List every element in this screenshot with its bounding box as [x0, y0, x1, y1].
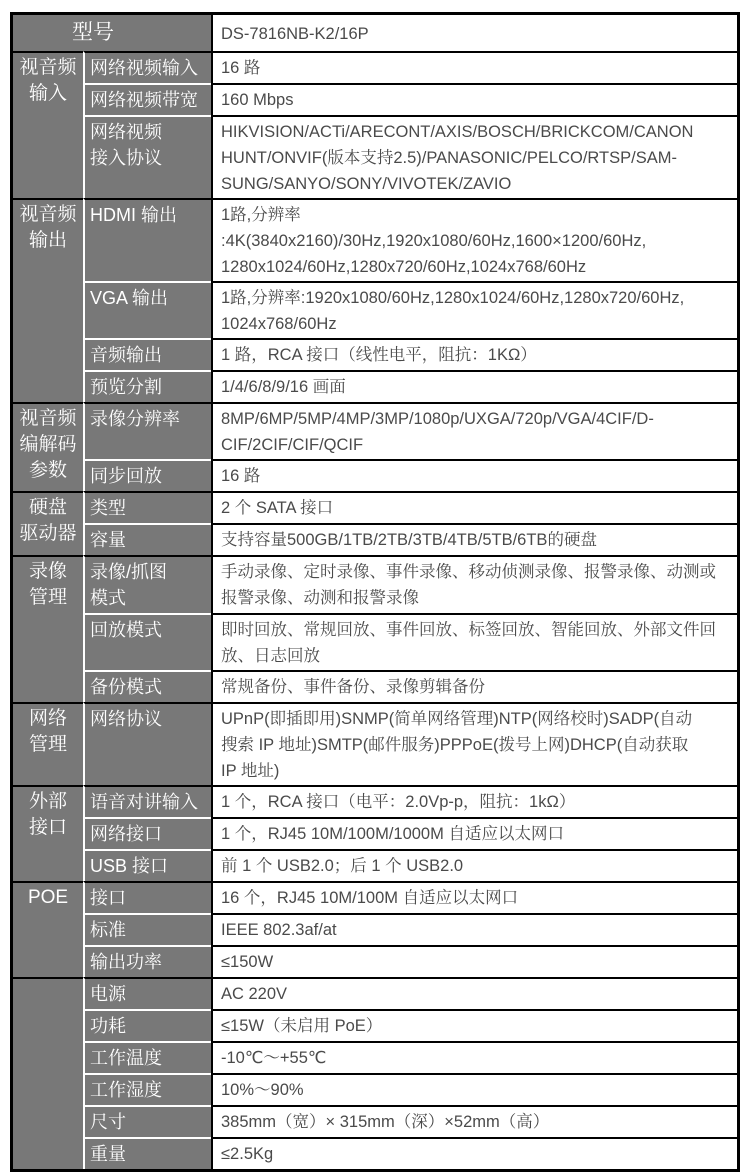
param-cell: 标准	[83, 913, 211, 945]
param-cell: 重量	[83, 1137, 211, 1169]
value-cell: ≤150W	[211, 945, 737, 977]
table-row: 网络视频 接入协议 HIKVISION/ACTi/ARECONT/AXIS/BO…	[13, 115, 737, 198]
param-cell: 类型	[83, 491, 211, 523]
table-row: 网络视频带宽 160 Mbps	[13, 83, 737, 115]
value-cell: -10℃～+55℃	[211, 1041, 737, 1073]
value-cell: 1/4/6/8/9/16 画面	[211, 370, 737, 402]
table-row: 外部 接口 语音对讲输入 1 个，RCA 接口（电平：2.0Vp-p，阻抗：1k…	[13, 785, 737, 817]
table-row: 视音频 输入 网络视频输入 16 路	[13, 51, 737, 83]
value-cell: 1 路，RCA 接口（线性电平，阻抗：1KΩ）	[211, 338, 737, 370]
table-row: 同步回放 16 路	[13, 459, 737, 491]
param-cell: 网络协议	[83, 702, 211, 785]
param-cell: USB 接口	[83, 849, 211, 881]
param-cell: 网络视频带宽	[83, 83, 211, 115]
param-cell: VGA 输出	[83, 281, 211, 338]
group-cell: 视音频 输入	[13, 51, 83, 198]
group-cell: 录像 管理	[13, 555, 83, 702]
table-row: 标准 IEEE 802.3af/at	[13, 913, 737, 945]
group-cell: 视音频 输出	[13, 198, 83, 402]
value-cell: 1路,分辨率 :4K(3840x2160)/30Hz,1920x1080/60H…	[211, 198, 737, 281]
table-row: 视音频 输出 HDMI 输出 1路,分辨率 :4K(3840x2160)/30H…	[13, 198, 737, 281]
param-cell: 输出功率	[83, 945, 211, 977]
table-row: 预览分割 1/4/6/8/9/16 画面	[13, 370, 737, 402]
param-cell: 工作湿度	[83, 1073, 211, 1105]
param-cell: 回放模式	[83, 613, 211, 670]
param-cell: 功耗	[83, 1009, 211, 1041]
param-cell: 接口	[83, 881, 211, 913]
table-row: 尺寸 385mm（宽）× 315mm（深）×52mm（高）	[13, 1105, 737, 1137]
value-cell: 385mm（宽）× 315mm（深）×52mm（高）	[211, 1105, 737, 1137]
value-cell: HIKVISION/ACTi/ARECONT/AXIS/BOSCH/BRICKC…	[211, 115, 737, 198]
table-row: USB 接口 前 1 个 USB2.0；后 1 个 USB2.0	[13, 849, 737, 881]
value-cell: ≤2.5Kg	[211, 1137, 737, 1169]
value-cell: ≤15W（未启用 PoE）	[211, 1009, 737, 1041]
spec-table: 型号 DS-7816NB-K2/16P 视音频 输入 网络视频输入 16 路 网…	[10, 12, 740, 1172]
group-cell: 外部 接口	[13, 785, 83, 881]
param-cell: 音频输出	[83, 338, 211, 370]
table-row: 网络接口 1 个，RJ45 10M/100M/1000M 自适应以太网口	[13, 817, 737, 849]
param-cell: 网络接口	[83, 817, 211, 849]
value-cell: 即时回放、常规回放、事件回放、标签回放、智能回放、外部文件回 放、日志回放	[211, 613, 737, 670]
param-cell: 同步回放	[83, 459, 211, 491]
value-cell: 10%～90%	[211, 1073, 737, 1105]
group-cell: 视音频 编解码 参数	[13, 402, 83, 491]
table-row: 回放模式 即时回放、常规回放、事件回放、标签回放、智能回放、外部文件回 放、日志…	[13, 613, 737, 670]
table-row: 硬盘 驱动器 类型 2 个 SATA 接口	[13, 491, 737, 523]
group-cell: 硬盘 驱动器	[13, 491, 83, 555]
param-cell: 网络视频输入	[83, 51, 211, 83]
table-row: 重量 ≤2.5Kg	[13, 1137, 737, 1169]
group-cell: 网络 管理	[13, 702, 83, 785]
value-cell: 1路,分辨率:1920x1080/60Hz,1280x1024/60Hz,128…	[211, 281, 737, 338]
param-cell: 电源	[83, 977, 211, 1009]
table-row: 视音频 编解码 参数 录像分辨率 8MP/6MP/5MP/4MP/3MP/108…	[13, 402, 737, 459]
value-cell: 16 路	[211, 51, 737, 83]
table-row: 备份模式 常规备份、事件备份、录像剪辑备份	[13, 670, 737, 702]
param-cell: 工作温度	[83, 1041, 211, 1073]
table-row: 功耗 ≤15W（未启用 PoE）	[13, 1009, 737, 1041]
param-cell: 备份模式	[83, 670, 211, 702]
value-cell: IEEE 802.3af/at	[211, 913, 737, 945]
table-row: 型号 DS-7816NB-K2/16P	[13, 15, 737, 51]
table-row: 容量 支持容量500GB/1TB/2TB/3TB/4TB/5TB/6TB的硬盘	[13, 523, 737, 555]
table-row: 录像 管理 录像/抓图 模式 手动录像、定时录像、事件录像、移动侦测录像、报警录…	[13, 555, 737, 613]
value-cell: 8MP/6MP/5MP/4MP/3MP/1080p/UXGA/720p/VGA/…	[211, 402, 737, 459]
param-cell: 录像分辨率	[83, 402, 211, 459]
table-row: POE 接口 16 个，RJ45 10M/100M 自适应以太网口	[13, 881, 737, 913]
model-label: 型号	[13, 15, 211, 51]
value-cell: 手动录像、定时录像、事件录像、移动侦测录像、报警录像、动测或 报警录像、动测和报…	[211, 555, 737, 613]
table-row: 工作湿度 10%～90%	[13, 1073, 737, 1105]
table-row: 输出功率 ≤150W	[13, 945, 737, 977]
table-row: 网络 管理 网络协议 UPnP(即插即用)SNMP(简单网络管理)NTP(网络校…	[13, 702, 737, 785]
value-cell: 2 个 SATA 接口	[211, 491, 737, 523]
value-cell: 支持容量500GB/1TB/2TB/3TB/4TB/5TB/6TB的硬盘	[211, 523, 737, 555]
table-row: 电源 AC 220V	[13, 977, 737, 1009]
model-value: DS-7816NB-K2/16P	[211, 15, 737, 51]
value-cell: 1 个，RCA 接口（电平：2.0Vp-p，阻抗：1kΩ）	[211, 785, 737, 817]
param-cell: 容量	[83, 523, 211, 555]
table-row: 音频输出 1 路，RCA 接口（线性电平，阻抗：1KΩ）	[13, 338, 737, 370]
param-cell: 录像/抓图 模式	[83, 555, 211, 613]
table-row: 工作温度 -10℃～+55℃	[13, 1041, 737, 1073]
value-cell: AC 220V	[211, 977, 737, 1009]
group-cell	[13, 977, 83, 1169]
param-cell: HDMI 输出	[83, 198, 211, 281]
table-row: VGA 输出 1路,分辨率:1920x1080/60Hz,1280x1024/6…	[13, 281, 737, 338]
value-cell: 前 1 个 USB2.0；后 1 个 USB2.0	[211, 849, 737, 881]
value-cell: 160 Mbps	[211, 83, 737, 115]
value-cell: 16 个，RJ45 10M/100M 自适应以太网口	[211, 881, 737, 913]
value-cell: 16 路	[211, 459, 737, 491]
param-cell: 预览分割	[83, 370, 211, 402]
param-cell: 尺寸	[83, 1105, 211, 1137]
param-cell: 语音对讲输入	[83, 785, 211, 817]
group-cell: POE	[13, 881, 83, 977]
value-cell: 1 个，RJ45 10M/100M/1000M 自适应以太网口	[211, 817, 737, 849]
value-cell: UPnP(即插即用)SNMP(简单网络管理)NTP(网络校时)SADP(自动 搜…	[211, 702, 737, 785]
value-cell: 常规备份、事件备份、录像剪辑备份	[211, 670, 737, 702]
param-cell: 网络视频 接入协议	[83, 115, 211, 198]
